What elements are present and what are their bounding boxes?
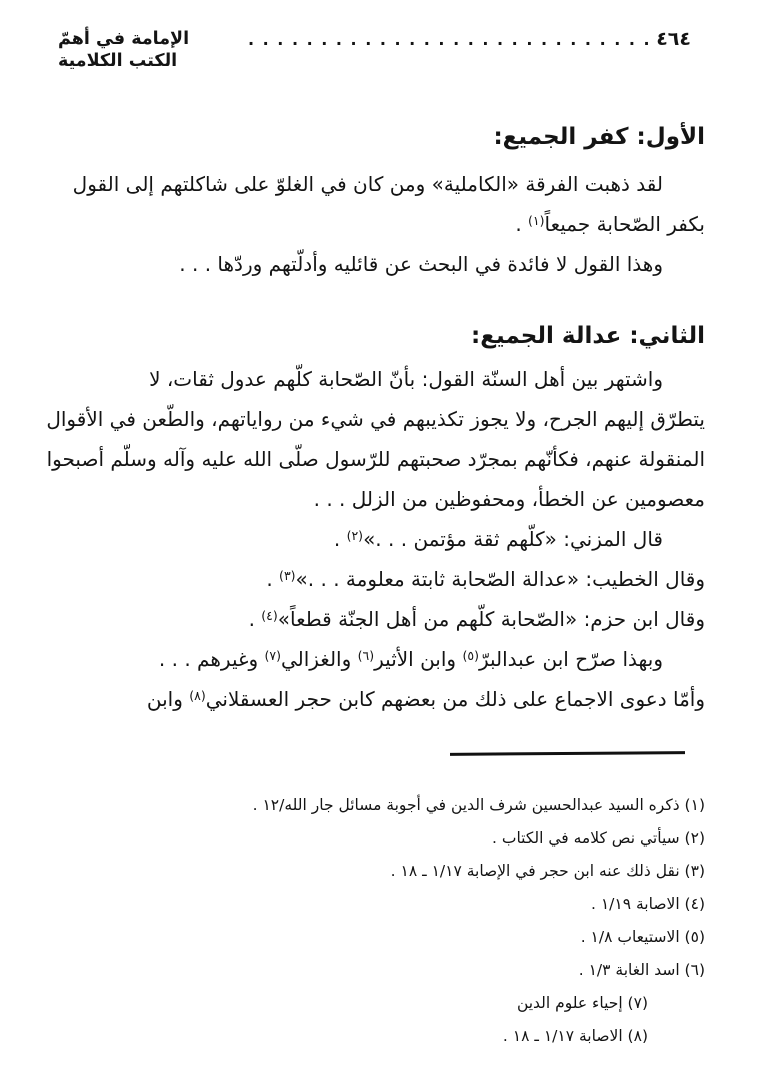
body-line: قال المزني: «كلّهم ثقة مؤتمن . . .»(٢) . [58, 519, 705, 559]
footnote-line: (٧) إحياء علوم الدين [58, 987, 705, 1020]
book-page: الإمامة في أهمّ الكتب الكلامية . . . . .… [0, 0, 761, 1090]
footnote-line: (١) ذكره السيد عبدالحسين شرف الدين في أج… [58, 789, 705, 822]
body-line: معصومين عن الخطأ، ومحفوظين من الزلل . . … [58, 479, 705, 519]
footnote-line: (٤) الاصابة ١/١٩ . [58, 888, 705, 921]
footnote-line: (٥) الاستيعاب ١/٨ . [58, 921, 705, 954]
page-body: الأول: كفر الجميع:لقد ذهبت الفرقة «الكام… [58, 120, 705, 719]
body-line: وبهذا صرّح ابن عبدالبرّ(٥) وابن الأثير(٦… [58, 639, 705, 679]
footnote-separator [450, 751, 685, 756]
body-line: وهذا القول لا فائدة في البحث عن قائليه و… [58, 244, 705, 284]
header-book-title: الإمامة في أهمّ الكتب الكلامية [58, 28, 240, 72]
body-line: وقال الخطيب: «عدالة الصّحابة ثابتة معلوم… [58, 559, 705, 599]
body-line: المنقولة عنهم، فكأنّهم بمجرّد صحبتهم للر… [58, 439, 705, 479]
body-line: يتطرّق إليهم الجرح، ولا يجوز تكذيبهم في … [58, 399, 705, 439]
body-line: بكفر الصّحابة جميعاً(١) . [58, 204, 705, 244]
page-number: ٤٦٤ [656, 28, 691, 51]
dot-leader: . . . . . . . . . . . . . . . . . . . . … [240, 28, 656, 51]
body-line: وقال ابن حزم: «الصّحابة كلّهم من أهل الج… [58, 599, 705, 639]
body-line: واشتهر بين أهل السنّة القول: بأنّ الصّحا… [58, 359, 705, 399]
footnote-line: (٣) نقل ذلك عنه ابن حجر في الإصابة ١/١٧ … [58, 855, 705, 888]
body-line: لقد ذهبت الفرقة «الكاملية» ومن كان في ال… [58, 164, 705, 204]
footnote-line: (٨) الاصابة ١/١٧ ـ ١٨ . [58, 1020, 705, 1053]
footnotes: (١) ذكره السيد عبدالحسين شرف الدين في أج… [58, 789, 705, 1053]
section-heading: الثاني: عدالة الجميع: [58, 319, 705, 353]
section-heading: الأول: كفر الجميع: [58, 120, 705, 154]
body-line: وأمّا دعوى الاجماع على ذلك من بعضهم كابن… [58, 679, 705, 719]
running-header: الإمامة في أهمّ الكتب الكلامية . . . . .… [58, 28, 705, 74]
footnote-line: (٦) اسد الغابة ١/٣ . [58, 954, 705, 987]
footnote-line: (٢) سيأتي نص كلامه في الكتاب . [58, 822, 705, 855]
